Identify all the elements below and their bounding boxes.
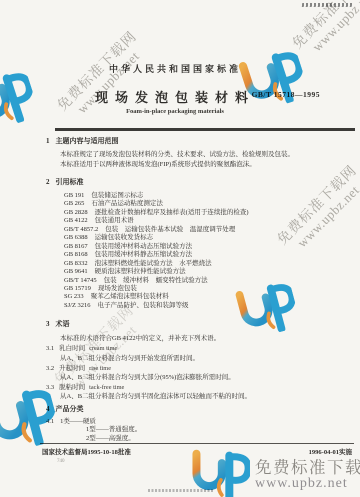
reference-title: 包装 缓冲材料 蠕变特性试验方法 (104, 277, 208, 284)
reference-code: GB 6388 (64, 234, 88, 242)
type-item: 1型——普通强度。 (86, 426, 354, 435)
page-title-english: Foam-in-place packaging materials (55, 108, 295, 115)
section-number: 3 (46, 320, 50, 328)
reference-item: GB 8332泡沫塑料燃烧性能试验方法 水平燃烧法 (64, 260, 354, 268)
term-entry: 3.3脱粘时间tack-free time 从A、B二组分料混合均匀到半固化泡沫… (46, 383, 354, 402)
document-page: 中华人民共和国国家标准 现场发泡包装材料 Foam-in-place packa… (0, 0, 360, 497)
reference-code: GB 8167 (64, 243, 88, 251)
term-name: 乳白时间 (59, 345, 85, 352)
classification-item: 4.11类——硬质 (46, 417, 354, 426)
watermark-site-url: www.upbz.net (50, 24, 166, 140)
reference-title: 运输包装收发货标志 (95, 234, 154, 241)
reference-item: GB 8168包装用缓冲材料静态压缩试验方法 (64, 251, 354, 259)
reference-title: 逐批检查计数抽样程序及抽样表(适用于连续批的检查) (95, 209, 249, 216)
implementation-note: 1996-04-01实施 (309, 447, 352, 456)
reference-title: 包装储运图示标志 (91, 192, 143, 199)
page-number: 740 (57, 459, 65, 464)
term-definition: 从A、B二组分料混合均匀到半固化泡沫体可以轻触而不粘的时间。 (60, 392, 354, 402)
reference-item: SG 233聚苯乙烯泡沫塑料包装材料 (64, 293, 354, 301)
reference-item: GB/T 14745包装 缓冲材料 蠕变特性试验方法 (64, 277, 354, 285)
watermark-site-url: www.upbz.net (289, 0, 360, 75)
section-number: 2 (46, 178, 50, 186)
term-entry: 3.2升起时间rise time 从A、B二组分料混合均匀到大部分(95%)泡沫… (46, 364, 354, 383)
reference-item: SJ/Z 3216电子产品防护、包装和装卸等级 (64, 302, 354, 310)
scan-corner-artifact (302, 3, 352, 7)
section-1-heading: 1主题内容与适用范围 (46, 137, 354, 145)
reference-code: GB 4122 (64, 217, 88, 225)
reference-code: GB/T 4857.2 (64, 226, 98, 234)
reference-title: 石油产品运动粘度测定法 (91, 200, 163, 207)
reference-code: GB 9641 (64, 268, 88, 276)
reference-code: GB 191 (64, 192, 84, 200)
term-number: 3.2 (46, 365, 54, 372)
reference-code: SG 233 (64, 293, 84, 301)
reference-item: GB/T 4857.2包装 运输包装件基本试验 温湿度调节处理 (64, 226, 354, 234)
reference-title: 包装 运输包装件基本试验 温湿度调节处理 (105, 226, 235, 233)
reference-code: SJ/Z 3216 (64, 302, 91, 310)
reference-item: GB 9641硬质泡沫塑料拉伸性能试验方法 (64, 268, 354, 276)
reference-item: GB 265石油产品运动粘度测定法 (64, 200, 354, 208)
reference-title: 包装用缓冲材料动态压缩试验方法 (95, 243, 193, 250)
up-logo-icon (0, 66, 41, 135)
reference-code: GB/T 14745 (64, 277, 97, 285)
reference-title: 包装通用术语 (95, 217, 134, 224)
term-english: tack-free time (89, 384, 124, 391)
term-number: 3.1 (46, 345, 54, 352)
reference-item: GB 4122包装通用术语 (64, 217, 354, 225)
watermark-site-url: www.upbz.net (255, 477, 360, 492)
section-title: 主题内容与适用范围 (56, 137, 119, 145)
reference-item: GB 8167包装用缓冲材料动态压缩试验方法 (64, 243, 354, 251)
term-english: cream time (89, 345, 117, 352)
watermark-site-name: 免费标准下载网 (255, 459, 360, 476)
reference-title: 包装用缓冲材料静态压缩试验方法 (95, 251, 193, 258)
section-title: 术语 (56, 320, 70, 328)
section-number: 1 (46, 137, 50, 145)
section-title: 产品分类 (56, 405, 84, 413)
paragraph: 本标准适用于以两种液体现场发泡(FIP)系统形式提供的聚氨酯泡沫。 (60, 160, 354, 170)
reference-title: 现场发泡包装 (98, 285, 137, 292)
clause-text: 1类——硬质 (60, 418, 96, 425)
section-2-heading: 2引用标准 (46, 178, 354, 186)
reference-code: GB 265 (64, 200, 84, 208)
document-body: 1主题内容与适用范围 本标准规定了现场发泡包装材料的分类、技术要求、试验方法、检… (46, 137, 354, 444)
term-name: 脱粘时间 (59, 384, 85, 391)
reference-title: 硬质泡沫塑料拉伸性能试验方法 (95, 268, 186, 275)
reference-item: GB 6388运输包装收发货标志 (64, 234, 354, 242)
reference-code: GB 2828 (64, 209, 88, 217)
term-heading: 3.1乳白时间cream time (46, 344, 354, 354)
footer-rule (40, 443, 354, 444)
terminology-intro: 本标准的术语符合GB 4122中的定义，并补充下列术语。 (60, 334, 354, 344)
watermark-site-name: 免费标准下载网 (278, 0, 360, 65)
section-title: 引用标准 (56, 178, 84, 186)
term-name: 升起时间 (59, 365, 85, 372)
reference-title: 泡沫塑料燃烧性能试验方法 水平燃烧法 (95, 260, 212, 267)
term-english: rise time (89, 365, 111, 372)
term-definition: 从A、B二组分料混合均匀到大部分(95%)泡沫膨胀所需时间。 (60, 373, 354, 383)
term-entry: 3.1乳白时间cream time 从A、B二组分料混合均匀到开始发泡所需时间。 (46, 344, 354, 363)
reference-title: 聚苯乙烯泡沫塑料包装材料 (91, 293, 169, 300)
reference-code: GB 8168 (64, 251, 88, 259)
term-number: 3.3 (46, 384, 54, 391)
bottom-watermark-text: 免费标准下载网 www.upbz.net (255, 459, 360, 491)
paragraph: 本标准规定了现场发泡包装材料的分类、技术要求、试验方法、检验规则及包装。 (60, 150, 354, 160)
scan-footer-artifact (148, 489, 214, 492)
standard-number: GB/T 15718—1995 (252, 90, 320, 99)
section-number: 4 (46, 405, 50, 413)
term-definition: 从A、B二组分料混合均匀到开始发泡所需时间。 (60, 354, 354, 364)
reference-code: GB 8332 (64, 260, 88, 268)
section-4-heading: 4产品分类 (46, 405, 354, 413)
diagonal-watermark: 免费标准下载网 www.upbz.net (278, 0, 360, 75)
diagonal-watermark: 免费标准下载网 www.upbz.net (39, 13, 166, 140)
header-rule (55, 128, 355, 131)
term-heading: 3.2升起时间rise time (46, 364, 354, 374)
footer-row: 国家技术监督局1995-10-18批准 1996-04-01实施 (42, 447, 352, 456)
term-heading: 3.3脱粘时间tack-free time (46, 383, 354, 393)
clause-number: 4.1 (46, 418, 54, 425)
section-3-heading: 3术语 (46, 320, 354, 328)
approval-note: 国家技术监督局1995-10-18批准 (42, 447, 131, 456)
reference-title: 电子产品防护、包装和装卸等级 (98, 302, 189, 309)
standard-authority-line: 中华人民共和国国家标准 (60, 62, 290, 75)
reference-code: GB 15719 (64, 285, 91, 293)
